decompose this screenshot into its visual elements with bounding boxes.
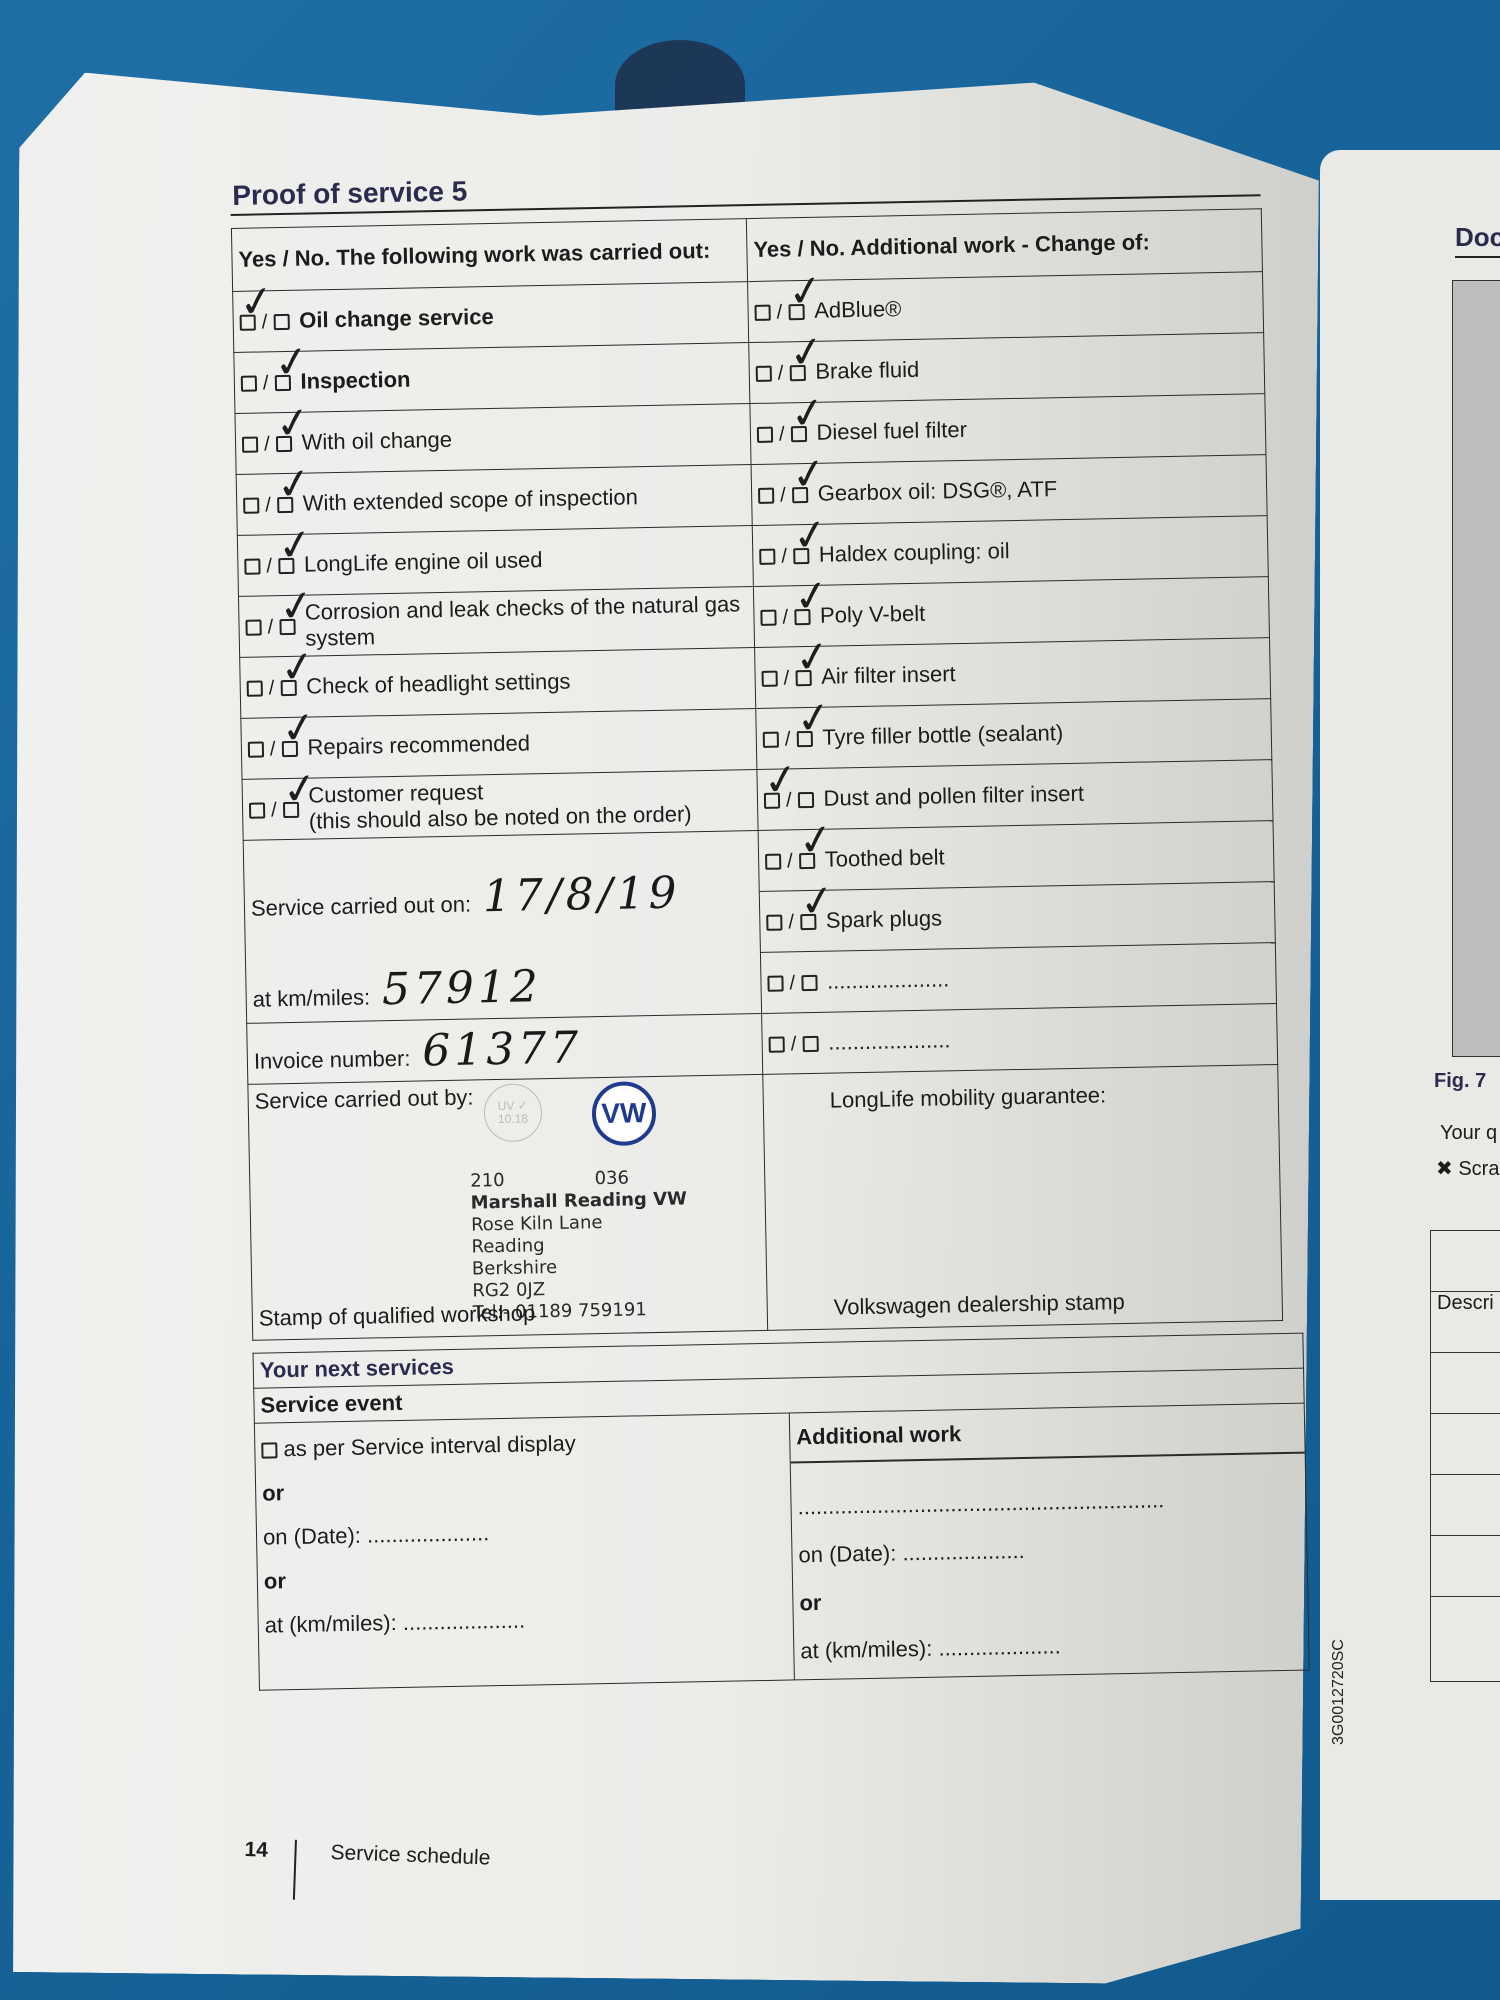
yes-checkbox[interactable] (766, 915, 782, 931)
yes-checkbox[interactable] (756, 366, 772, 382)
figure-label: Fig. 7 (1434, 1070, 1486, 1093)
yes-checkbox[interactable] (763, 732, 779, 748)
additional-work-label: Poly V-belt (820, 601, 926, 628)
additional-work-item: /✓Toothed belt (758, 821, 1274, 892)
slash-separator: / (264, 433, 270, 455)
next-mileage-label: at (km/miles): (265, 1610, 397, 1638)
additional-mileage-label: at (km/miles): (800, 1636, 932, 1664)
next-date-label: on (Date): (263, 1523, 361, 1550)
yes-checkbox[interactable] (765, 854, 781, 870)
mileage-cell: at km/miles:57912 (246, 952, 762, 1023)
slash-separator: / (267, 616, 273, 638)
additional-work-cell: Additional work ........................… (789, 1403, 1309, 1680)
yes-checkbox[interactable] (767, 976, 783, 992)
yes-checkbox[interactable] (241, 376, 257, 392)
right-page-text: ✖ Scra (1436, 1156, 1499, 1181)
yes-checkbox[interactable] (242, 437, 258, 453)
additional-work-item: /✓Gearbox oil: DSG®, ATF (751, 455, 1267, 526)
vw-logo-icon: VW (591, 1081, 656, 1146)
additional-date-label: on (Date): (798, 1540, 896, 1567)
slash-separator: / (781, 545, 787, 567)
work-item: /✓Corrosion and leak checks of the natur… (238, 587, 754, 658)
additional-work-item: /.................... (762, 1004, 1278, 1075)
inspection-stamp: UV ✓ 10.18 (483, 1083, 542, 1142)
additional-work-item: /✓Haldex coupling: oil (752, 516, 1268, 587)
yes-checkbox[interactable] (754, 305, 770, 321)
work-item: /✓Customer request(this should also be n… (242, 769, 758, 840)
slash-separator: / (785, 728, 791, 750)
slash-separator: / (787, 850, 793, 872)
additional-work-label: .................... (828, 1027, 951, 1054)
slash-separator: / (782, 606, 788, 628)
additional-work-label: .................... (827, 966, 950, 993)
additional-work-label: Tyre filler bottle (sealant) (822, 720, 1063, 750)
yes-checkbox[interactable] (247, 681, 263, 697)
invoice-value[interactable]: 61377 (422, 1022, 583, 1076)
service-by-label: Service carried out by: (254, 1084, 473, 1114)
slash-separator: / (265, 494, 271, 516)
workshop-stamp-cell: Service carried out by:UV ✓ 10.18VW21003… (248, 1074, 768, 1340)
left-column-header: Yes / No. The following work was carried… (231, 219, 747, 292)
right-page-rule (1455, 256, 1500, 258)
yes-checkbox[interactable] (243, 498, 259, 514)
right-page-title: Doc (1455, 222, 1500, 253)
mobility-label: LongLife mobility guarantee: (830, 1079, 1272, 1113)
work-item-label: Inspection (300, 367, 410, 395)
yes-checkbox[interactable] (762, 671, 778, 687)
service-date-label: Service carried out on: (251, 892, 472, 921)
interval-option-label: as per Service interval display (283, 1431, 576, 1462)
mileage-label: at km/miles: (252, 985, 370, 1012)
yes-checkbox[interactable] (248, 742, 264, 758)
page-footer: 14Service schedule (243, 1838, 491, 1907)
additional-work-label: Gearbox oil: DSG®, ATF (817, 476, 1057, 506)
dealership-stamp-label: Volkswagen dealership stamp (834, 1289, 1126, 1321)
slash-separator: / (789, 972, 795, 994)
slash-separator: / (790, 1033, 796, 1055)
yes-checkbox[interactable] (244, 559, 260, 575)
additional-work-item: /✓AdBlue® (748, 272, 1264, 343)
interval-checkbox[interactable] (261, 1443, 277, 1459)
slash-separator: / (269, 677, 275, 699)
mileage-value[interactable]: 57912 (381, 961, 542, 1015)
additional-work-item: /✓Tyre filler bottle (sealant) (756, 699, 1272, 770)
work-item-label: Check of headlight settings (306, 669, 571, 700)
additional-work-item: /.................... (760, 943, 1276, 1014)
no-checkbox[interactable] (802, 1036, 818, 1052)
additional-work-item: /✓Air filter insert (755, 638, 1271, 709)
work-item: ✓/Oil change service (233, 282, 749, 353)
slash-separator: / (776, 301, 782, 323)
slash-separator: / (778, 362, 784, 384)
additional-work-header: Additional work (790, 1404, 1305, 1464)
work-item: /✓With extended scope of inspection (236, 465, 752, 536)
additional-work-label: Diesel fuel filter (816, 417, 967, 445)
next-mileage-field[interactable]: .................... (403, 1608, 526, 1635)
yes-checkbox[interactable] (245, 620, 261, 636)
footer-divider (293, 1840, 297, 1900)
work-item-label: With extended scope of inspection (303, 484, 639, 516)
yes-checkbox[interactable] (759, 549, 775, 565)
slash-separator: / (270, 738, 276, 760)
additional-work-item: ✓/Dust and pollen filter insert (757, 760, 1273, 831)
right-page-table: Descri (1430, 1230, 1500, 1682)
yes-checkbox[interactable] (757, 427, 773, 443)
next-services-table: Your next services Service event as per … (253, 1333, 1310, 1691)
yes-checkbox[interactable] (760, 610, 776, 626)
work-item: /✓LongLife engine oil used (237, 526, 753, 597)
work-item: /✓Inspection (234, 343, 750, 414)
additional-mileage-field[interactable]: .................... (938, 1633, 1061, 1660)
right-table-header: Descri (1431, 1292, 1500, 1353)
document-code: 3G0012720SC (1330, 1639, 1348, 1745)
additional-work-label: Air filter insert (821, 661, 956, 689)
proof-of-service-form: Proof of service 5 Yes / No. The followi… (230, 160, 1299, 1691)
work-item: /✓With oil change (235, 404, 751, 475)
yes-checkbox[interactable] (769, 1037, 785, 1053)
mobility-guarantee-cell: LongLife mobility guarantee:Volkswagen d… (763, 1065, 1283, 1331)
additional-work-label: AdBlue® (814, 296, 902, 323)
additional-work-label: Toothed belt (824, 844, 944, 871)
additional-work-label: Haldex coupling: oil (819, 538, 1010, 567)
additional-work-item: /✓Poly V-belt (753, 577, 1269, 648)
additional-work-item: /✓Diesel fuel filter (750, 394, 1266, 465)
work-item-label: LongLife engine oil used (304, 547, 543, 578)
page-number: 14 (244, 1838, 285, 1863)
work-item-label: Oil change service (299, 304, 494, 334)
slash-separator: / (271, 799, 277, 821)
yes-checkbox[interactable] (758, 488, 774, 504)
invoice-cell: Invoice number:61377 (247, 1013, 763, 1084)
next-date-field[interactable]: .................... (367, 1520, 490, 1547)
service-date-value[interactable]: 17/8/19 (482, 868, 681, 923)
slash-separator: / (788, 911, 794, 933)
slash-separator: / (783, 667, 789, 689)
service-event-cell: as per Service interval display or on (D… (254, 1413, 794, 1690)
work-item: /✓Repairs recommended (241, 709, 757, 780)
work-item-label: Corrosion and leak checks of the natural… (305, 591, 748, 651)
section-name: Service schedule (330, 1841, 491, 1870)
service-date-cell: Service carried out on:17/8/19 (243, 830, 760, 962)
no-checkbox[interactable] (801, 975, 817, 991)
yes-checkbox[interactable] (249, 803, 265, 819)
additional-work-label: Dust and pollen filter insert (823, 781, 1084, 811)
dealer-name: Marshall Reading VW (470, 1188, 687, 1214)
slash-separator: / (780, 484, 786, 506)
slash-separator: / (263, 372, 269, 394)
invoice-label: Invoice number: (254, 1045, 411, 1073)
slash-separator: / (779, 423, 785, 445)
table-row: Service carried out by:UV ✓ 10.18VW21003… (248, 1065, 1283, 1341)
work-item: /✓Check of headlight settings (240, 648, 756, 719)
additional-work-item: /✓Spark plugs (759, 882, 1275, 953)
additional-work-label: Spark plugs (826, 905, 943, 932)
additional-work-item: /✓Brake fluid (749, 333, 1265, 404)
right-column-header: Yes / No. Additional work - Change of: (746, 209, 1262, 282)
right-page-figure (1452, 280, 1500, 1057)
work-item-label: Repairs recommended (307, 730, 530, 760)
slash-separator: / (266, 555, 272, 577)
work-item-label: With oil change (301, 427, 452, 456)
dealer-code-right: 036 (594, 1168, 629, 1190)
work-table: Yes / No. The following work was carried… (231, 208, 1283, 1341)
workshop-stamp-label: Stamp of qualified workshop (259, 1300, 536, 1331)
dealer-code-left: 210 (470, 1170, 505, 1192)
additional-work-label: Brake fluid (815, 357, 919, 384)
right-page-text: Your q (1440, 1122, 1497, 1145)
additional-date-field[interactable]: .................... (902, 1538, 1025, 1565)
work-item-label: Customer request(this should also be not… (308, 775, 692, 834)
